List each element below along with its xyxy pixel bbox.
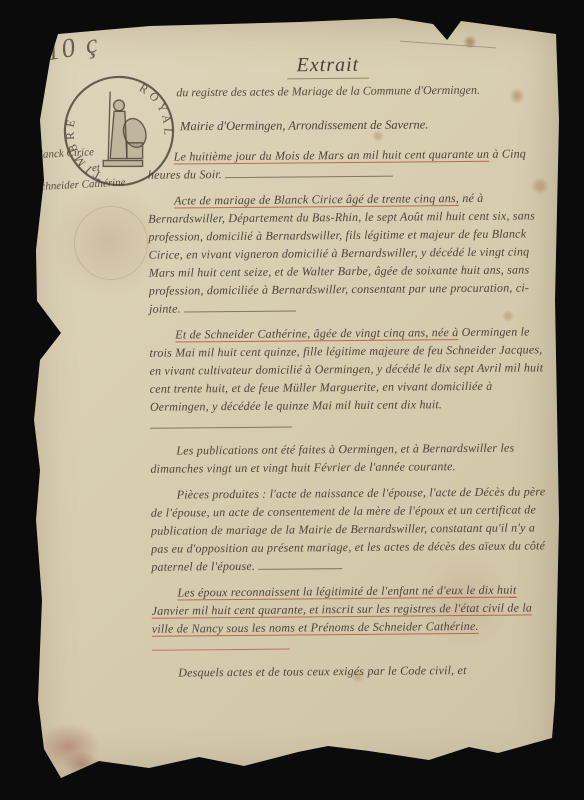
- document-body: Le huitième jour du Mois de Mars an mil …: [148, 144, 557, 690]
- paragraph-date: Le huitième jour du Mois de Mars an mil …: [148, 144, 552, 184]
- margin-bride-name: Schneider Cathérine: [35, 176, 126, 193]
- date-underlined: Le huitième jour du Mois de Mars an mil …: [174, 147, 490, 164]
- paragraph-bride: Et de Schneider Cathérine, âgée de vingt…: [149, 322, 554, 434]
- ink-rule: [258, 559, 342, 570]
- register-subtitle: du registre des actes de Mariage de la C…: [118, 82, 538, 101]
- ink-rule: [150, 418, 292, 429]
- ink-rule: [225, 167, 393, 178]
- bride-underlined: Et de Schneider Cathérine, âgée de vingt…: [175, 325, 458, 341]
- paragraph-groom: Acte de mariage de Blanck Cirice âgé de …: [148, 188, 553, 318]
- photo-backdrop: 10 ç TIMBRE ROYAL Blanck C: [0, 0, 584, 800]
- mairie-line: Mairie d'Oermingen, Arrondissement de Sa…: [150, 117, 554, 135]
- embossed-seal-ghost: [74, 206, 148, 280]
- document-title: Extrait: [287, 54, 370, 80]
- paragraph-pieces: Pièces produites : l'acte de naissance d…: [151, 482, 556, 576]
- closing-text: Desquels actes et de tous ceux exigés pa…: [178, 663, 466, 680]
- margin-groom-name: Blanck Cirice: [33, 146, 94, 161]
- paragraph-legitimation: Les époux reconnaissent la légitimité de…: [151, 580, 556, 656]
- paragraph-closing: Desquels actes et de tous ceux exigés pa…: [152, 660, 556, 682]
- paragraph-publications: Les publications ont été faites à Oermin…: [150, 438, 554, 478]
- margin-note: Blanck Cirice et Schneider Cathérine: [33, 141, 159, 195]
- groom-rest: né à Bernardswiller, Département du Bas-…: [148, 191, 535, 316]
- legitimation-underlined: Les époux reconnaissent la légitimité de…: [152, 583, 532, 636]
- groom-underlined: Acte de mariage de Blanck Cirice âgé de …: [174, 191, 459, 207]
- stamp-duty-mark: 10 ç: [44, 28, 102, 68]
- paper-crease: [400, 41, 496, 49]
- document-sheet: 10 ç TIMBRE ROYAL Blanck C: [28, 16, 562, 778]
- red-ink-rule: [152, 640, 290, 651]
- ink-rule: [184, 301, 296, 312]
- publications-text: Les publications ont été faites à Oermin…: [150, 441, 514, 476]
- pieces-text: Pièces produites : l'acte de naissance d…: [151, 484, 546, 573]
- document-header: Extrait du registre des actes de Mariage…: [118, 52, 538, 101]
